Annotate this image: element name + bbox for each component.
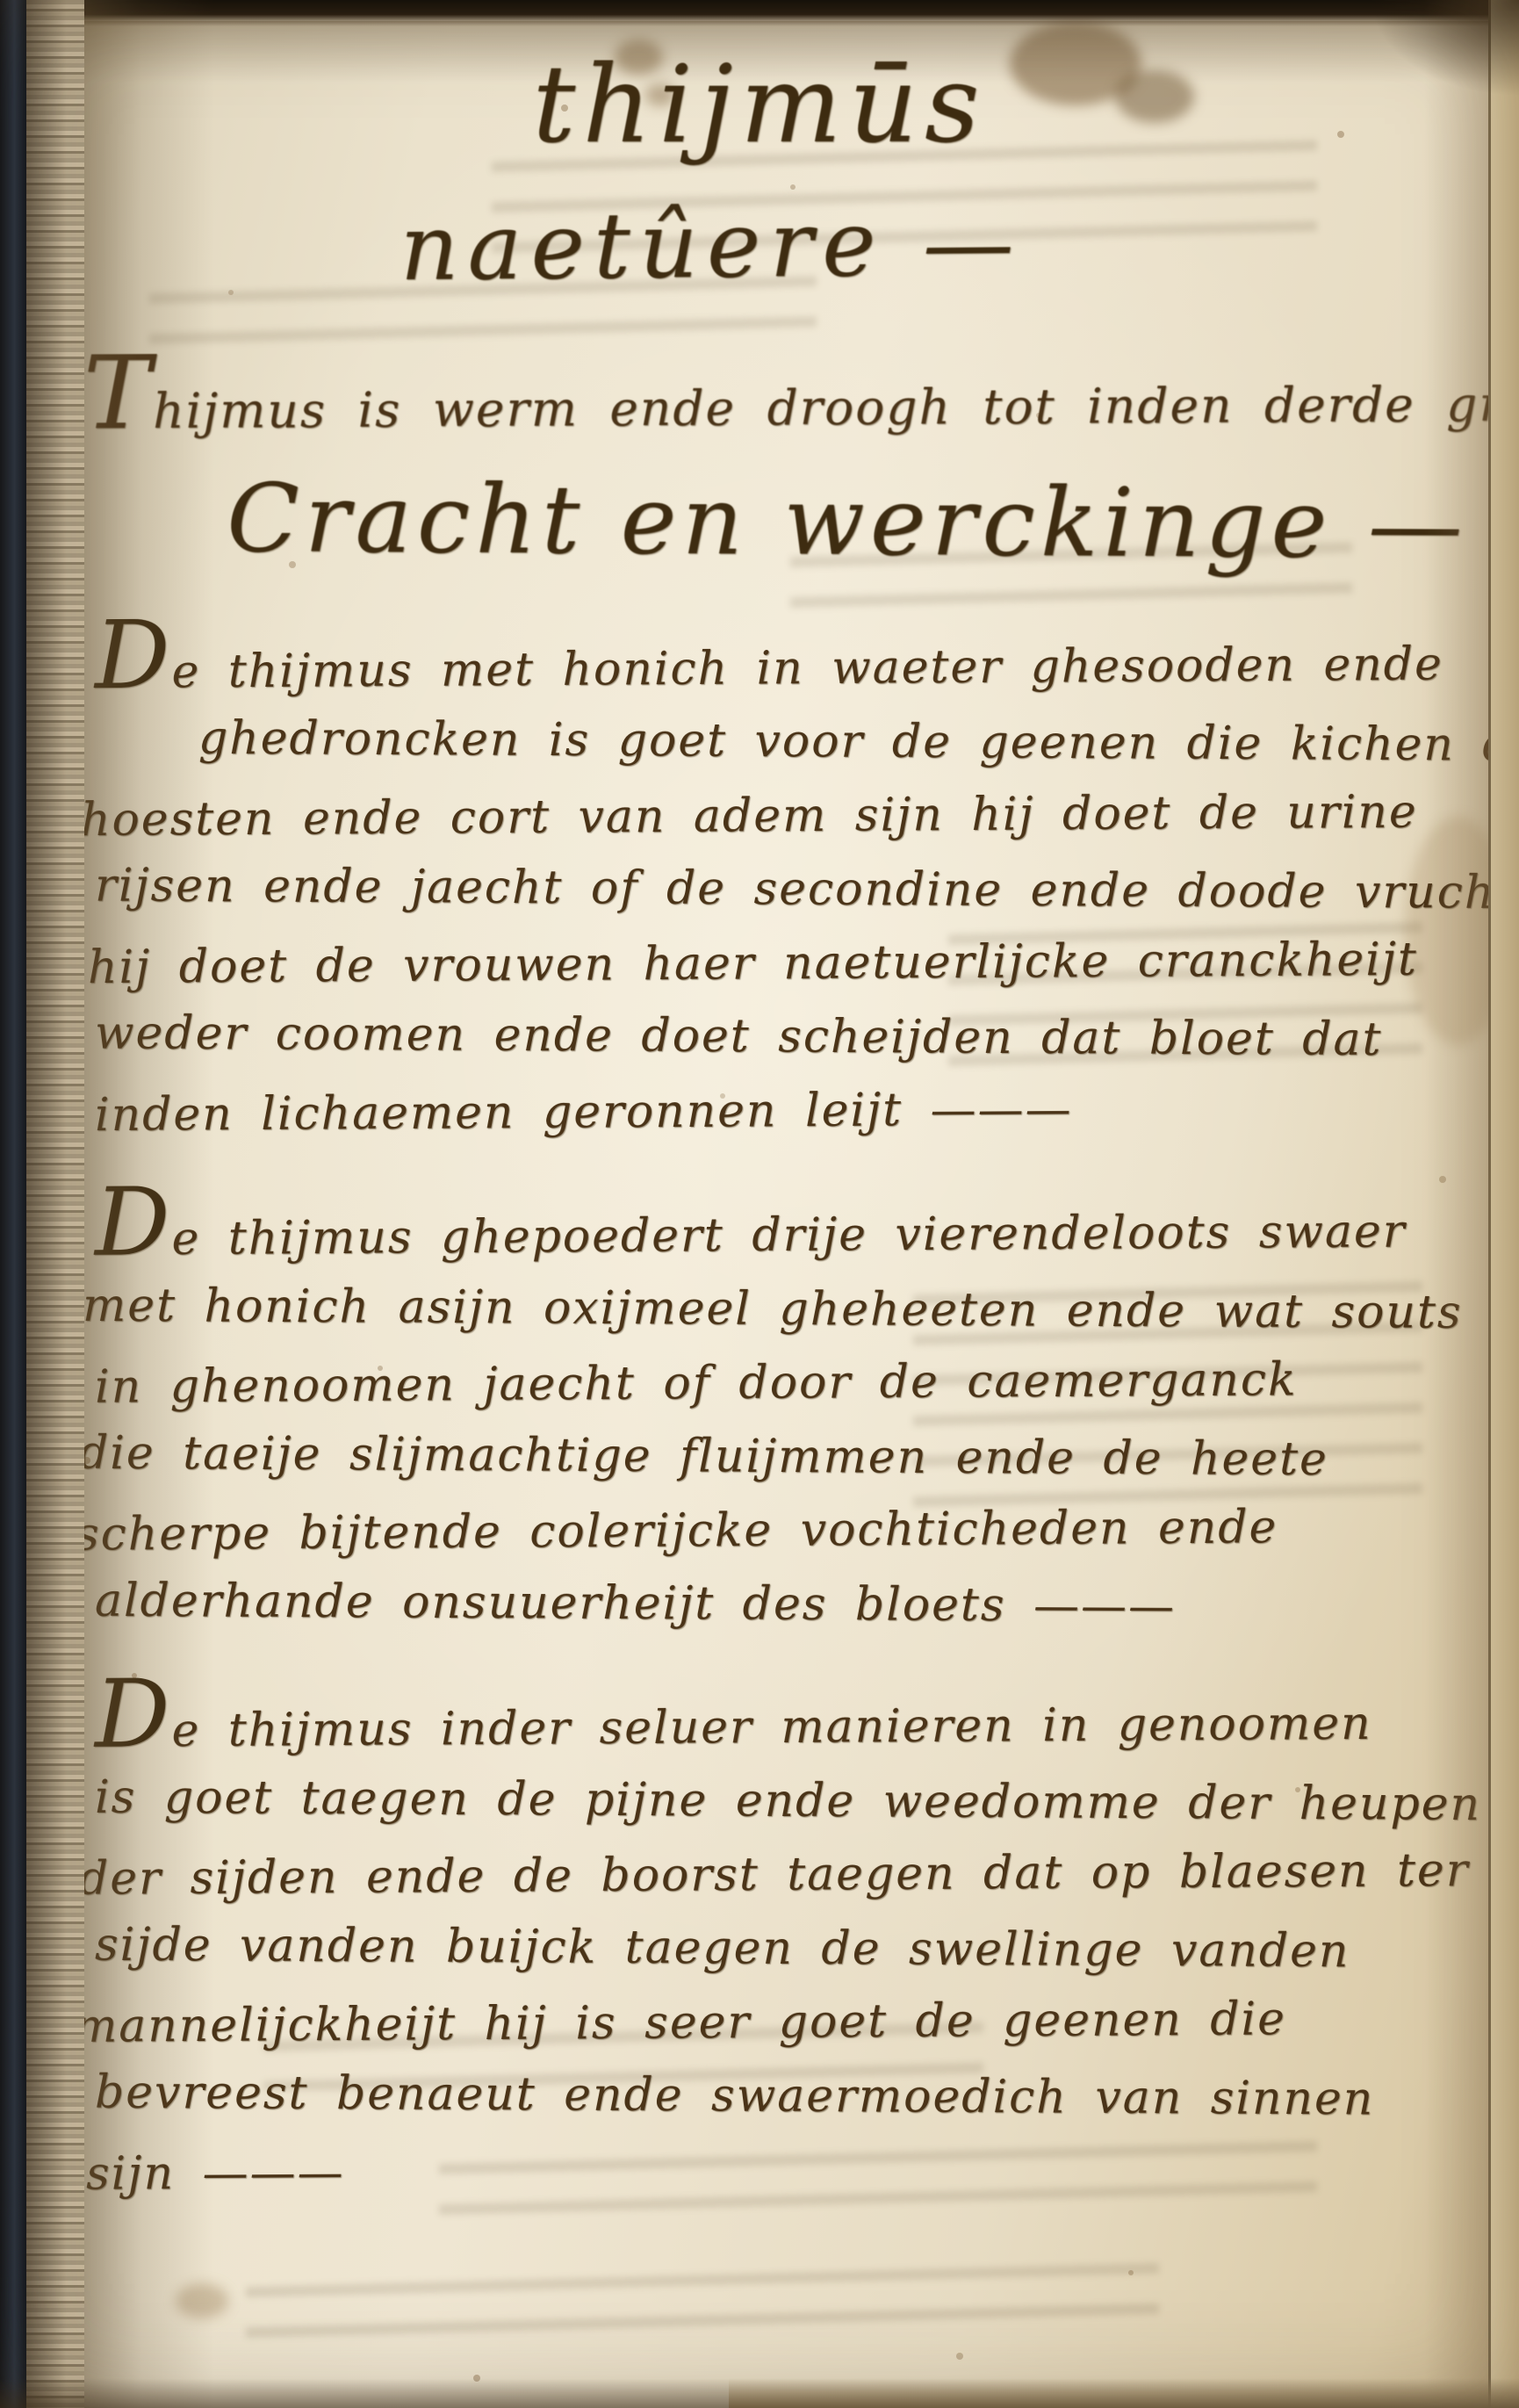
show-through-text bbox=[246, 2257, 1159, 2340]
manuscript-line: sijn ——— bbox=[86, 2129, 1481, 2211]
page-right-shadow bbox=[1424, 0, 1494, 2408]
manuscript-subtitle: naetûere — bbox=[0, 184, 1471, 305]
manuscript-line: alderhande onsuuerheijt des bloets ——— bbox=[95, 1564, 1463, 1645]
manuscript-line: scherpe bijtende colerijcke vochticheden… bbox=[76, 1489, 1463, 1572]
manuscript-line: die taeije slijmachtige fluijmmen ende d… bbox=[79, 1417, 1463, 1497]
manuscript-line: De thijmus ghepoedert drije vierendeloot… bbox=[95, 1178, 1463, 1277]
section-heading: Cracht en werckinge — bbox=[88, 463, 1519, 580]
next-page-edge bbox=[1488, 0, 1519, 2408]
top-right-corner-stain bbox=[1370, 0, 1519, 97]
paragraph-1: De thijmus met honich in waeter ghesoode… bbox=[95, 615, 1519, 1148]
book-cover-edge bbox=[0, 0, 26, 2408]
page-top-shadow bbox=[0, 21, 1519, 83]
manuscript-line: mannelijckheijt hij is seer goet de geen… bbox=[74, 1981, 1481, 2064]
photo-bottom-edge bbox=[0, 2378, 1519, 2408]
manuscript-line: De thijmus inder seluer manieren in geno… bbox=[95, 1669, 1482, 1769]
manuscript-page-photo: thijmūs naetûere — Thijmus is werm ende … bbox=[0, 0, 1519, 2408]
manuscript-line: hoesten ende cort van adem sijn hij doet… bbox=[81, 775, 1519, 857]
photo-top-edge bbox=[0, 0, 1519, 26]
manuscript-line: hij doet de vrouwen haer naetuerlijcke c… bbox=[88, 922, 1519, 1005]
binding-gutter-shadow bbox=[83, 0, 214, 2408]
manuscript-line: is goet taegen de pijne ende weedomme de… bbox=[95, 1761, 1481, 1842]
manuscript-line: weder coomen ende doet scheijden dat blo… bbox=[95, 997, 1519, 1078]
manuscript-line: der sijden ende de boorst taegen dat op … bbox=[79, 1834, 1481, 1916]
manuscript-line: rijsen ende jaecht of de secondine ende … bbox=[95, 849, 1519, 931]
paragraph-2: De thijmus ghepoedert drije vierendeloot… bbox=[95, 1182, 1463, 1641]
manuscript-line: sijde vanden buijck taegen de swellinge … bbox=[95, 1908, 1481, 1989]
paragraph-3: De thijmus inder seluer manieren in geno… bbox=[95, 1674, 1481, 2207]
page-stack-edge bbox=[25, 0, 84, 2408]
manuscript-line: inden lichaemen geronnen leijt ——— bbox=[95, 1070, 1519, 1152]
intro-line: Thijmus is werm ende droogh tot inden de… bbox=[83, 346, 1519, 440]
manuscript-line: met honich asijn oxijmeel gheheeten ende… bbox=[83, 1269, 1463, 1350]
manuscript-line: ghedroncken is goet voor de geenen die k… bbox=[198, 702, 1519, 782]
manuscript-line: De thijmus met honich in waeter ghesoode… bbox=[95, 610, 1519, 710]
manuscript-line: bevreest benaeut ende swaermoedich van s… bbox=[95, 2056, 1481, 2137]
manuscript-line: in ghenoomen jaecht of door de caemergan… bbox=[95, 1342, 1463, 1424]
